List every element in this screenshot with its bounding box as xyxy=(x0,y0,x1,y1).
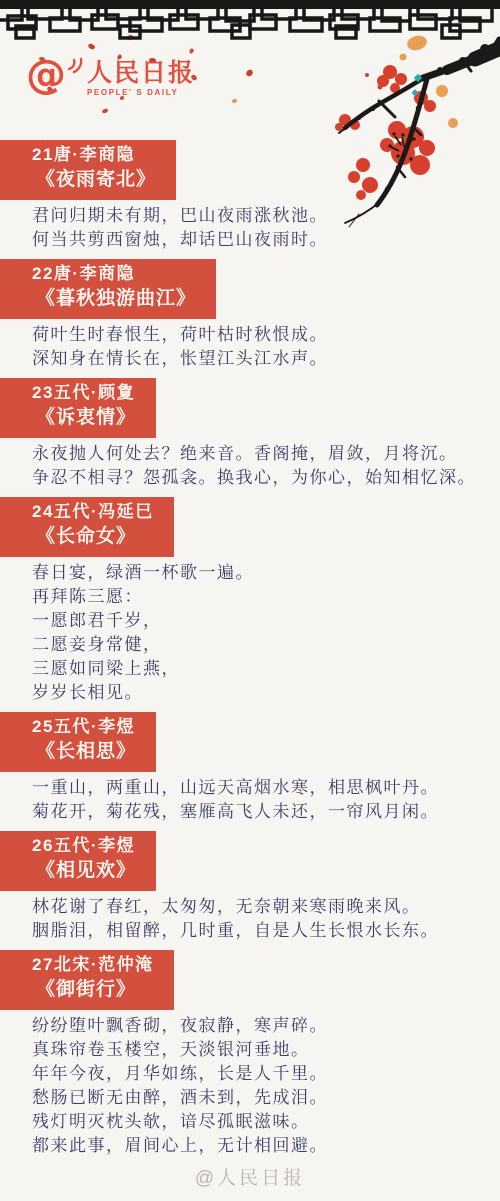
poem-line: 争忍不相寻？怨孤衾。换我心，为你心，始知相忆深。 xyxy=(32,466,500,490)
poem-line: 菊花开，菊花残，塞雁高飞人未还，一帘风月闲。 xyxy=(32,800,500,824)
poem-body: 永夜抛人何处去？绝来音。香阁掩，眉敛，月将沉。 争忍不相寻？怨孤衾。换我心，为你… xyxy=(0,442,500,490)
poem-title: 《相见欢》 xyxy=(32,857,136,885)
poem-line: 纷纷堕叶飘香砌，夜寂静，寒声碎。 xyxy=(32,1014,500,1038)
poem-number-author: 21唐·李商隐 xyxy=(32,143,156,166)
poem-title: 《暮秋独游曲江》 xyxy=(32,285,196,313)
poem-line: 三愿如同梁上燕， xyxy=(32,657,500,681)
poem-body: 林花谢了春红，太匆匆，无奈朝来寒雨晚来风。 胭脂泪，相留醉，几时重，自是人生长恨… xyxy=(0,895,500,943)
poem-line: 君问归期未有期，巴山夜雨涨秋池。 xyxy=(32,204,500,228)
poem-line: 都来此事，眉间心上，无计相回避。 xyxy=(32,1134,500,1158)
poem-line: 岁岁长相见。 xyxy=(32,681,500,705)
poem-line: 深知身在情长在，怅望江头江水声。 xyxy=(32,347,500,371)
poem-list: 21唐·李商隐 《夜雨寄北》 君问归期未有期，巴山夜雨涨秋池。 何当共剪西窗烛，… xyxy=(0,0,500,1192)
poem-header: 27北宋·范仲淹 《御街行》 xyxy=(0,950,174,1010)
poem-number-author: 25五代·李煜 xyxy=(32,715,136,738)
poem-section: 25五代·李煜 《长相思》 一重山，两重山，山远天高烟水寒，相思枫叶丹。 菊花开… xyxy=(0,712,500,824)
poem-title: 《御街行》 xyxy=(32,976,154,1004)
poem-body: 纷纷堕叶飘香砌，夜寂静，寒声碎。 真珠帘卷玉楼空，天淡银河垂地。 年年今夜，月华… xyxy=(0,1014,500,1158)
poem-header: 25五代·李煜 《长相思》 xyxy=(0,712,156,772)
poem-line: 永夜抛人何处去？绝来音。香阁掩，眉敛，月将沉。 xyxy=(32,442,500,466)
poem-title: 《长相思》 xyxy=(32,738,136,766)
poem-section: 26五代·李煜 《相见欢》 林花谢了春红，太匆匆，无奈朝来寒雨晚来风。 胭脂泪，… xyxy=(0,831,500,943)
poem-line: 年年今夜，月华如练，长是人千里。 xyxy=(32,1062,500,1086)
poem-header: 24五代·冯延巳 《长命女》 xyxy=(0,497,174,557)
poem-header: 26五代·李煜 《相见欢》 xyxy=(0,831,156,891)
poem-section: 24五代·冯延巳 《长命女》 春日宴，绿酒一杯歌一遍。 再拜陈三愿： 一愿郎君千… xyxy=(0,497,500,705)
poem-line: 残灯明灭枕头欹，谙尽孤眠滋味。 xyxy=(32,1110,500,1134)
poem-body: 君问归期未有期，巴山夜雨涨秋池。 何当共剪西窗烛，却话巴山夜雨时。 xyxy=(0,204,500,252)
poem-section: 27北宋·范仲淹 《御街行》 纷纷堕叶飘香砌，夜寂静，寒声碎。 真珠帘卷玉楼空，… xyxy=(0,950,500,1158)
poem-line: 愁肠已断无由醉，酒未到，先成泪。 xyxy=(32,1086,500,1110)
poem-title: 《夜雨寄北》 xyxy=(32,166,156,194)
poem-body: 一重山，两重山，山远天高烟水寒，相思枫叶丹。 菊花开，菊花残，塞雁高飞人未还，一… xyxy=(0,776,500,824)
poem-title: 《长命女》 xyxy=(32,523,154,551)
poem-title: 《诉衷情》 xyxy=(32,404,136,432)
poem-body: 春日宴，绿酒一杯歌一遍。 再拜陈三愿： 一愿郎君千岁， 二愿妾身常健， 三愿如同… xyxy=(0,561,500,705)
poem-line: 荷叶生时春恨生，荷叶枯时秋恨成。 xyxy=(32,323,500,347)
poem-line: 胭脂泪，相留醉，几时重，自是人生长恨水长东。 xyxy=(32,919,500,943)
footer-watermark: @人民日报 xyxy=(0,1166,500,1192)
poem-section: 22唐·李商隐 《暮秋独游曲江》 荷叶生时春恨生，荷叶枯时秋恨成。 深知身在情长… xyxy=(0,259,500,371)
poem-number-author: 23五代·顾夐 xyxy=(32,381,136,404)
poem-section: 23五代·顾夐 《诉衷情》 永夜抛人何处去？绝来音。香阁掩，眉敛，月将沉。 争忍… xyxy=(0,378,500,490)
poem-header: 21唐·李商隐 《夜雨寄北》 xyxy=(0,140,176,200)
lattice-border-icon xyxy=(0,0,500,46)
poem-header: 22唐·李商隐 《暮秋独游曲江》 xyxy=(0,259,216,319)
poem-header: 23五代·顾夐 《诉衷情》 xyxy=(0,378,156,438)
poem-number-author: 22唐·李商隐 xyxy=(32,262,196,285)
poem-line: 再拜陈三愿： xyxy=(32,585,500,609)
poem-number-author: 26五代·李煜 xyxy=(32,834,136,857)
poem-number-author: 24五代·冯延巳 xyxy=(32,500,154,523)
poem-number-author: 27北宋·范仲淹 xyxy=(32,953,154,976)
poem-body: 荷叶生时春恨生，荷叶枯时秋恨成。 深知身在情长在，怅望江头江水声。 xyxy=(0,323,500,371)
poem-line: 春日宴，绿酒一杯歌一遍。 xyxy=(32,561,500,585)
poem-line: 林花谢了春红，太匆匆，无奈朝来寒雨晚来风。 xyxy=(32,895,500,919)
poem-section: 21唐·李商隐 《夜雨寄北》 君问归期未有期，巴山夜雨涨秋池。 何当共剪西窗烛，… xyxy=(0,140,500,252)
poem-line: 真珠帘卷玉楼空，天淡银河垂地。 xyxy=(32,1038,500,1062)
poem-line: 一愿郎君千岁， xyxy=(32,609,500,633)
poem-line: 一重山，两重山，山远天高烟水寒，相思枫叶丹。 xyxy=(32,776,500,800)
poem-line: 何当共剪西窗烛，却话巴山夜雨时。 xyxy=(32,228,500,252)
poem-line: 二愿妾身常健， xyxy=(32,633,500,657)
